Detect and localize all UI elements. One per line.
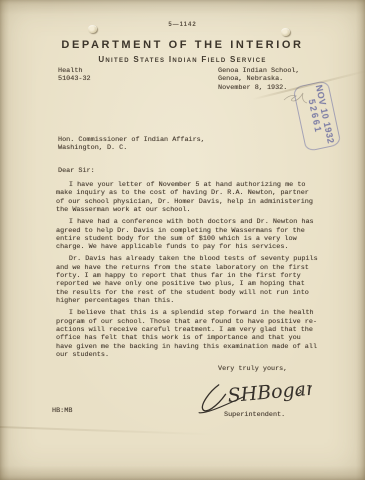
letter-body: I have your letter of November 5 at hand…: [56, 181, 318, 363]
signature-name: SHBogard: [227, 376, 312, 407]
recipient-address: Hon. Commissioner of Indian Affairs, Was…: [58, 136, 205, 153]
letterhead-subtitle: United States Indian Field Service: [0, 55, 365, 64]
typist-initials: HB:MB: [52, 407, 72, 415]
paragraph-3: Dr. Davis has already taken the blood te…: [56, 255, 318, 305]
paragraph-2: I have had a conference with both doctor…: [56, 218, 318, 252]
paragraph-1: I have your letter of November 5 at hand…: [56, 181, 318, 215]
received-date-stamp: NOV 10 1932 52661: [293, 80, 342, 152]
reference-file-number: 51043-32: [58, 75, 91, 83]
form-number: 5—1142: [0, 22, 365, 28]
salutation: Dear Sir:: [58, 167, 95, 175]
paper-crease: [0, 426, 240, 437]
scanned-letter: 5—1142 DEPARTMENT OF THE INTERIOR United…: [0, 0, 365, 480]
dateline-city: Genoa, Nebraska.: [218, 75, 300, 83]
paragraph-4: I believe that this is a splendid step f…: [56, 309, 318, 359]
letterhead-title: DEPARTMENT OF THE INTERIOR: [0, 39, 365, 51]
reference-block: Health 51043-32: [58, 67, 91, 84]
fastener-hole-left: [88, 25, 97, 33]
signature-title: Superintendent.: [224, 411, 285, 419]
signature: SHBogard: [192, 372, 312, 416]
fastener-hole-right: [281, 28, 290, 36]
recipient-line-2: Washington, D. C.: [58, 144, 205, 152]
